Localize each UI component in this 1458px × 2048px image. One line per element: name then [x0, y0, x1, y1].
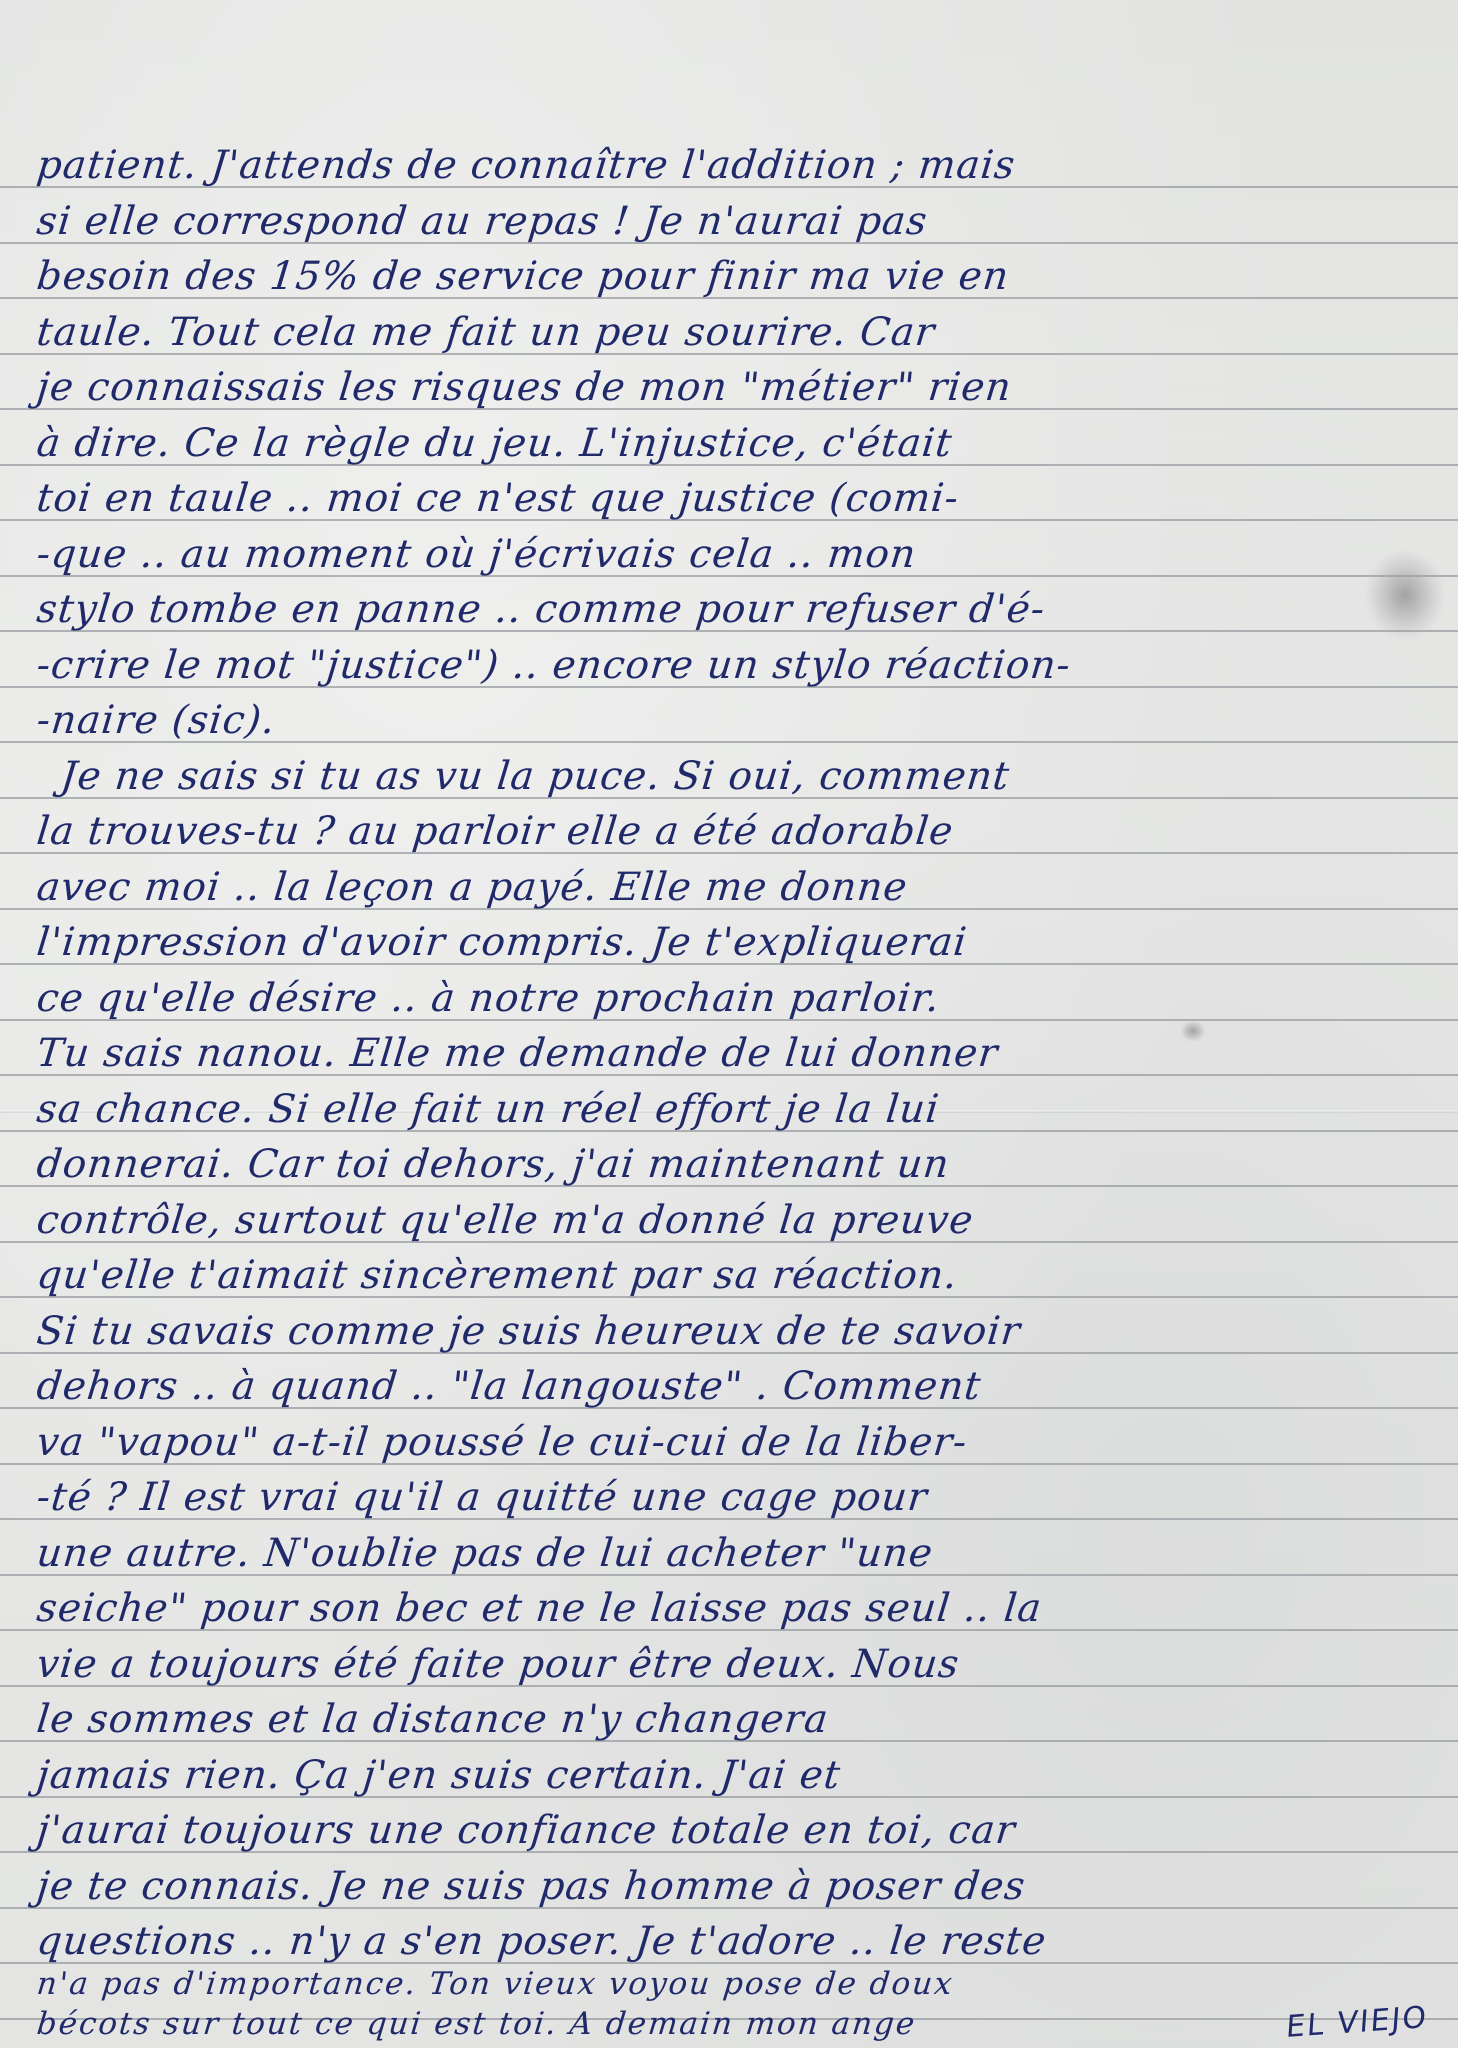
letter-line: va "vapou" a-t-il poussé le cui-cui de l…: [34, 1415, 1440, 1471]
letter-line: le sommes et la distance n'y changera: [34, 1692, 1440, 1748]
letter-line: une autre. N'oublie pas de lui acheter "…: [34, 1526, 1440, 1582]
letter-line: avec moi .. la leçon a payé. Elle me don…: [34, 860, 1440, 916]
letter-line: bécots sur tout ce qui est toi. A demain…: [34, 1996, 1440, 2048]
letter-line: patient. J'attends de connaître l'additi…: [34, 138, 1440, 194]
letter-line: je te connais. Je ne suis pas homme à po…: [34, 1859, 1440, 1915]
letter-line: ce qu'elle désire .. à notre prochain pa…: [34, 971, 1440, 1027]
letter-line: contrôle, surtout qu'elle m'a donné la p…: [34, 1193, 1440, 1249]
paragraph-start-line: Je ne sais si tu as vu la puce. Si oui, …: [58, 749, 1458, 805]
letter-line: dehors .. à quand .. "la langouste" . Co…: [34, 1359, 1440, 1415]
letter-line: sa chance. Si elle fait un réel effort j…: [34, 1082, 1440, 1138]
letter-line: taule. Tout cela me fait un peu sourire.…: [34, 305, 1440, 361]
letter-line: stylo tombe en panne .. comme pour refus…: [34, 582, 1440, 638]
letter-line: seiche" pour son bec et ne le laisse pas…: [34, 1581, 1440, 1637]
letter-line: -que .. au moment où j'écrivais cela .. …: [34, 527, 1440, 583]
letter-line: je connaissais les risques de mon "métie…: [34, 360, 1440, 416]
letter-line: la trouves-tu ? au parloir elle a été ad…: [34, 804, 1440, 860]
letter-line: vie a toujours été faite pour être deux.…: [34, 1637, 1440, 1693]
letter-line: à dire. Ce la règle du jeu. L'injustice,…: [34, 416, 1440, 472]
letter-line: toi en taule .. moi ce n'est que justice…: [34, 471, 1440, 527]
letter-line: donnerai. Car toi dehors, j'ai maintenan…: [34, 1137, 1440, 1193]
letter-line: -naire (sic).: [34, 693, 1440, 749]
letter-line: Tu sais nanou. Elle me demande de lui do…: [34, 1026, 1440, 1082]
letter-line: jamais rien. Ça j'en suis certain. J'ai …: [34, 1748, 1440, 1804]
letter-line: si elle correspond au repas ! Je n'aurai…: [34, 194, 1440, 250]
letter-line: qu'elle t'aimait sincèrement par sa réac…: [34, 1248, 1440, 1304]
letter-line: j'aurai toujours une confiance totale en…: [34, 1803, 1440, 1859]
letter-line: -crire le mot "justice") .. encore un st…: [34, 638, 1440, 694]
letter-line: besoin des 15% de service pour finir ma …: [34, 249, 1440, 305]
letter-page: patient. J'attends de connaître l'additi…: [0, 0, 1458, 2048]
letter-line: l'impression d'avoir compris. Je t'expli…: [34, 915, 1440, 971]
letter-line: -té ? Il est vrai qu'il a quitté une cag…: [34, 1470, 1440, 1526]
letter-line: Si tu savais comme je suis heureux de te…: [34, 1304, 1440, 1360]
